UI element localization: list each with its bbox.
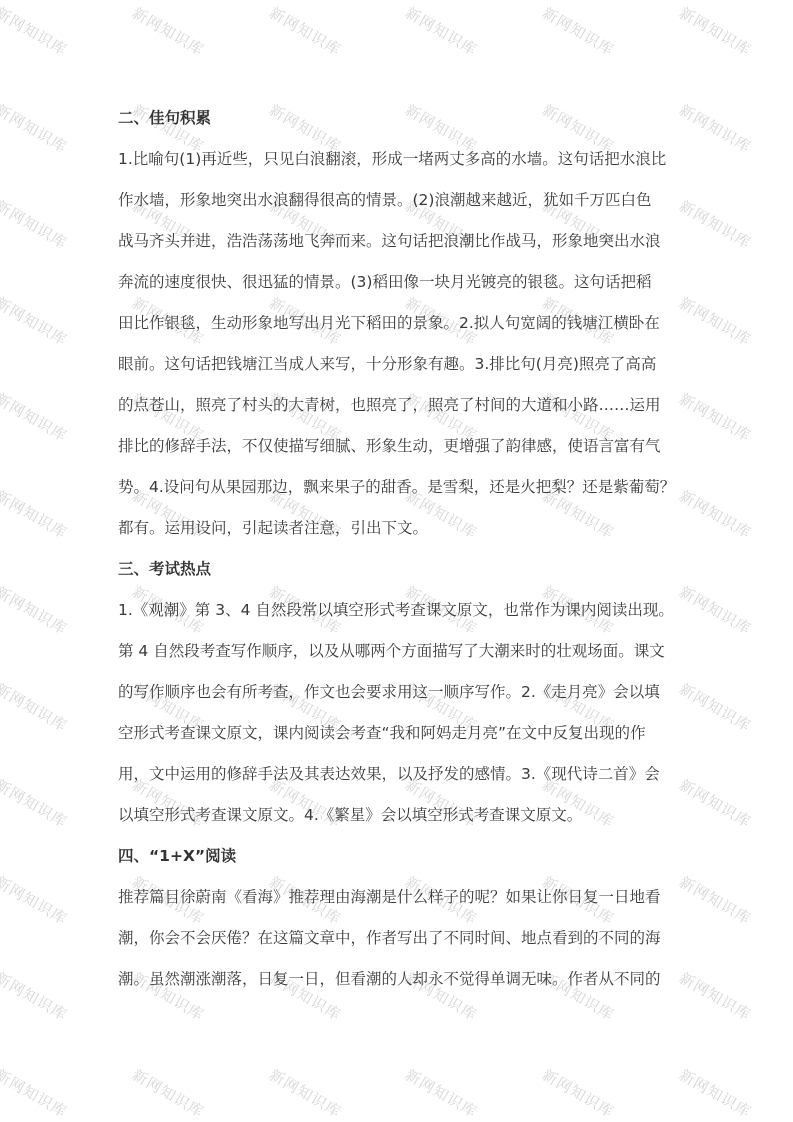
- watermark-text: 新网知识库: [0, 485, 71, 543]
- watermark-text: 新网知识库: [0, 967, 71, 1025]
- watermark-text: 新网知识库: [0, 195, 71, 253]
- paragraph-line: 眼前。这句话把钱塘江当成人来写，十分形象有趣。3.排比句(月亮)照亮了高高: [118, 351, 678, 392]
- section-heading: 二、佳句积累: [118, 105, 678, 146]
- watermark-text: 新网知识库: [676, 871, 756, 929]
- watermark-text: 新网知识库: [676, 967, 756, 1025]
- watermark-text: 新网知识库: [0, 871, 71, 929]
- paragraph-line: 势。4.设问句从果园那边，飘来果子的甜香。是雪梨，还是火把梨？还是紫葡萄？: [118, 474, 678, 515]
- paragraph-line: 推荐篇目徐蔚南《看海》推荐理由海潮是什么样子的呢？如果让你日复一日地看: [118, 884, 678, 925]
- watermark-text: 新网知识库: [676, 678, 756, 736]
- paragraph-line: 潮，你会不会厌倦？在这篇文章中，作者写出了不同时间、地点看到的不同的海: [118, 925, 678, 966]
- paragraph-line: 的点苍山，照亮了村头的大青树，也照亮了，照亮了村间的大道和小路……运用: [118, 392, 678, 433]
- section-heading: 四、“1+X”阅读: [118, 843, 678, 884]
- watermark-text: 新网知识库: [0, 678, 71, 736]
- watermark-text: 新网知识库: [676, 292, 756, 350]
- paragraph-line: 第 4 自然段考查写作顺序，以及从哪两个方面描写了大潮来时的壮观场面。课文: [118, 638, 678, 679]
- watermark-text: 新网知识库: [0, 581, 71, 639]
- paragraph-line: 空形式考查课文原文，课内阅读会考查“我和阿妈走月亮”在文中反复出现的作: [118, 720, 678, 761]
- paragraph-line: 1.《观潮》第 3、4 自然段常以填空形式考查课文原文，也常作为课内阅读出现。: [118, 597, 678, 638]
- paragraph-line: 潮。虽然潮涨潮落，日复一日，但看潮的人却永不觉得单调无味。作者从不同的: [118, 966, 678, 1007]
- watermark-text: 新网知识库: [676, 581, 756, 639]
- watermark-text: 新网知识库: [676, 485, 756, 543]
- watermark-text: 新网知识库: [266, 1064, 346, 1122]
- watermark-text: 新网知识库: [0, 774, 71, 832]
- paragraph-line: 战马齐头并进，浩浩荡荡地飞奔而来。这句话把浪潮比作战马，形象地突出水浪: [118, 228, 678, 269]
- section-heading: 三、考试热点: [118, 556, 678, 597]
- watermark-text: 新网知识库: [676, 774, 756, 832]
- watermark-text: 新网知识库: [402, 2, 482, 60]
- watermark-text: 新网知识库: [0, 99, 71, 157]
- paragraph-line: 用，文中运用的修辞手法及其表达效果，以及抒发的感情。3.《现代诗二首》会: [118, 761, 678, 802]
- watermark-text: 新网知识库: [676, 1064, 756, 1122]
- watermark-text: 新网知识库: [0, 292, 71, 350]
- watermark-text: 新网知识库: [676, 2, 756, 60]
- paragraph-line: 以填空形式考查课文原文。4.《繁星》会以填空形式考查课文原文。: [118, 802, 678, 843]
- watermark-text: 新网知识库: [676, 195, 756, 253]
- paragraph-line: 的写作顺序也会有所考查，作文也会要求用这一顺序写作。2.《走月亮》会以填: [118, 679, 678, 720]
- paragraph-line: 排比的修辞手法，不仅使描写细腻、形象生动，更增强了韵律感，使语言富有气: [118, 433, 678, 474]
- watermark-text: 新网知识库: [539, 1064, 619, 1122]
- watermark-text: 新网知识库: [0, 388, 71, 446]
- watermark-text: 新网知识库: [676, 99, 756, 157]
- watermark-text: 新网知识库: [539, 2, 619, 60]
- watermark-text: 新网知识库: [0, 1064, 71, 1122]
- paragraph-line: 都有。运用设问，引起读者注意，引出下文。: [118, 515, 678, 556]
- watermark-text: 新网知识库: [0, 2, 71, 60]
- watermark-text: 新网知识库: [402, 1064, 482, 1122]
- watermark-text: 新网知识库: [266, 2, 346, 60]
- watermark-text: 新网知识库: [129, 2, 209, 60]
- watermark-text: 新网知识库: [129, 1064, 209, 1122]
- paragraph-line: 作水墙，形象地突出水浪翻得很高的情景。(2)浪潮越来越近，犹如千万匹白色: [118, 187, 678, 228]
- paragraph-line: 1.比喻句(1)再近些，只见白浪翻滚，形成一堵两丈多高的水墙。这句话把水浪比: [118, 146, 678, 187]
- paragraph-line: 田比作银毯，生动形象地写出月光下稻田的景象。2.拟人句宽阔的钱塘江横卧在: [118, 310, 678, 351]
- watermark-text: 新网知识库: [676, 388, 756, 446]
- document-page: 二、佳句积累 1.比喻句(1)再近些，只见白浪翻滚，形成一堵两丈多高的水墙。这句…: [118, 105, 678, 1007]
- paragraph-line: 奔流的速度很快、很迅猛的情景。(3)稻田像一块月光镀亮的银毯。这句话把稻: [118, 269, 678, 310]
